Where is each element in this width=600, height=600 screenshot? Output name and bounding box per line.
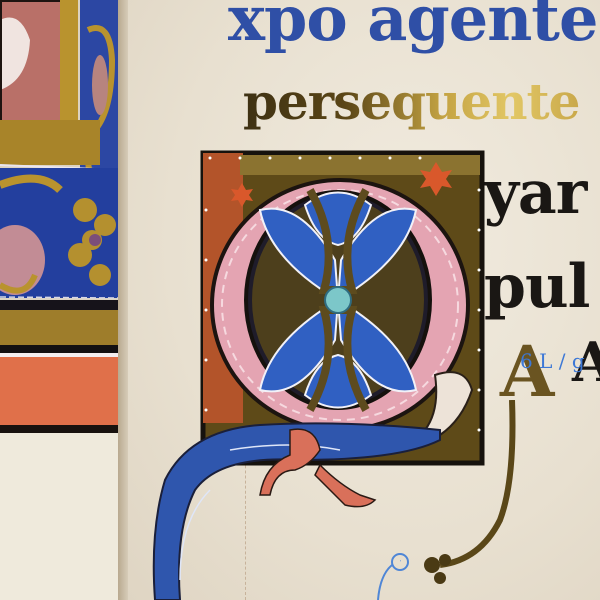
script-line-black-2: pul [484, 252, 589, 322]
manuscript-photo: xpo agente persequente yar pul A A [0, 0, 600, 600]
script-line-black-1: yar [484, 158, 586, 228]
blue-flourish [370, 550, 420, 600]
left-page-illuminated-border [0, 0, 120, 600]
script-line-gold: persequente [243, 72, 579, 131]
margin-notes-blue: 6 L / g [520, 350, 585, 372]
script-line-blue: xpo agente [228, 0, 597, 55]
gold-tendril [400, 400, 540, 600]
